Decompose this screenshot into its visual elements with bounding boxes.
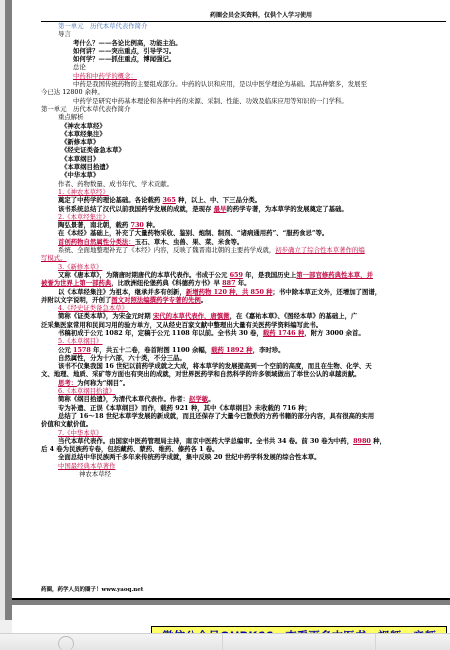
item-title-shiyi: 6.《本草纲目拾遗》 bbox=[58, 387, 115, 395]
xinxiu-line-4: 并附以文字说明，开创了图文对照法编撰药学专著的先例。 bbox=[41, 296, 446, 304]
general-heading: 总论 bbox=[41, 63, 446, 71]
intro-line: 如何讲？——突出重点，引导学习。 bbox=[41, 47, 446, 55]
item-title-jizhu: 2.《本草经集注》 bbox=[58, 213, 109, 221]
book-list-item: 《本草纲目拾遗》 bbox=[41, 163, 446, 171]
xinxiu-line-1: 又称《唐本草》，为隋唐时期唐代的本草代表作。书成于公元 659 年，是我国历史上… bbox=[41, 271, 446, 279]
book-list-item: 《经史证类备急本草》 bbox=[41, 146, 446, 154]
shiyi-line-4: 价值和文献价值。 bbox=[41, 420, 446, 428]
gangmu-line-5: 思考：为何称为“纲目”。 bbox=[41, 379, 446, 387]
toolbar-separator bbox=[222, 634, 223, 650]
xinxiu-line-3: 以《本草经集注》为祖本，继承并多有创新，新增药物 120 种，共 850 种；书… bbox=[41, 288, 446, 296]
toolbar-separator bbox=[375, 634, 376, 650]
jizhu-line-4: 系统、全面地整理补充了《本经》内容，反映了魏晋南北朝的主要药学成就，初步确立了综… bbox=[41, 246, 446, 254]
item-title-gangmu: 5.《本草纲目》 bbox=[58, 337, 102, 345]
zhonghua-line-3: 全面总结中华民族两千多年来传统药学成就，集中反映 20 世纪中药学科发展的综合性… bbox=[41, 453, 446, 461]
jizhu-line-3: 首创药物自然属性分类法：玉石、草木、虫兽、果、菜、米食等。 bbox=[41, 238, 446, 246]
document-page: 药圈会员会买资料，仅供个人学习使用 第一单元 历代本草代表作简介 导言 考什么？… bbox=[12, 0, 450, 598]
jizhu-line-2: 在《本经》基础上，补充了大量药物采收、鉴别、炮制、制剂、“诸病通用药”、“服药食… bbox=[41, 229, 446, 237]
jizhu-line-4-cont: 写模式。 bbox=[41, 254, 67, 262]
concept-heading: 中药和中药学的概念： bbox=[73, 72, 137, 80]
toolbar-button-icon[interactable] bbox=[58, 636, 74, 650]
shennong-line-1: 奠定了中药学的理论基础。各论载药 365 种，以上、中、下三品分类。 bbox=[41, 196, 446, 204]
section-title: 第一单元 历代本草代表作简介 bbox=[41, 105, 446, 113]
item-title-xinxiu: 3.《新修本草》 bbox=[58, 263, 102, 271]
viewer-bottom-toolbar bbox=[0, 633, 450, 650]
classic-item: 神农本草经 bbox=[41, 470, 446, 478]
shiyi-line-1: 简称《纲目拾遗》，为清代本草代表作。作者：赵学敏。 bbox=[41, 395, 446, 403]
book-list-item: 《中华本草》 bbox=[41, 171, 446, 179]
gangmu-line-1: 公元 1578 年，共五十二卷，卷首附图 1100 余幅，载药 1892 种，李… bbox=[41, 346, 446, 354]
book-list-item: 《本草经集注》 bbox=[41, 130, 446, 138]
item-title-zhonghua: 7.《中华本草》 bbox=[58, 429, 102, 437]
page-header: 药圈会员会买资料，仅供个人学习使用 bbox=[12, 10, 450, 19]
book-list-item: 《本草纲目》 bbox=[41, 155, 446, 163]
page-footer-note: 药圈，药学人员的圈子！www.yaoq.net bbox=[41, 585, 143, 593]
zhonghua-line-1: 当代本草代表作。由国家中医药管理局主持，南京中医药大学总编审。全书共 34 卷。… bbox=[41, 437, 446, 445]
gangmu-line-4: 文、地理、地质、采矿等方面也有突出的成就，对世界医药学和自然科学的许多领域做出了… bbox=[41, 370, 446, 378]
concept-paragraph-cont: 今已达 12800 余种。 bbox=[41, 88, 446, 96]
zhenglei-line-2: 泛采集医家常用和民间习用的验方单方，又从经史百家文献中整理出大量有关医药学资料编… bbox=[41, 321, 446, 329]
shennong-line-2: 该书系统总结了汉代以前我国药学发展的成就，是现存 最早的药学专著，为本草学的发展… bbox=[41, 205, 446, 213]
page-frame-border bbox=[5, 0, 12, 620]
unit-title: 第一单元 历代本草代表作简介 bbox=[41, 22, 446, 30]
intro-heading: 导言 bbox=[41, 30, 446, 38]
xinxiu-line-2: 被誉为世界上第一部药典，比欧洲纽伦堡药典《科德药方书》早 887 年。 bbox=[41, 279, 446, 287]
gangmu-line-2: 自然属性，分为十六部，六十类，不分三品。 bbox=[41, 354, 446, 362]
key-points-heading: 重点解析 bbox=[41, 113, 446, 121]
item-title-zhenglei: 4.《经史证类备急本草》 bbox=[58, 304, 128, 312]
concept-paragraph-2: 中药学是研究中药基本理论和各种中药的来源、采制、性能、功效及临床应用等知识的一门… bbox=[41, 97, 446, 105]
aspects-line: 作者、药物数量、成书年代、学术贡献。 bbox=[41, 180, 446, 188]
book-list-item: 《神农本草经》 bbox=[41, 122, 446, 130]
zhenglei-line-1: 简称《证类本草》，为宋金元时期 宋代的本草代表作，唐慎微，在《嘉祐本草》、《图经… bbox=[41, 312, 446, 320]
document-body: 第一单元 历代本草代表作简介 导言 考什么？——各论比例高，功能主治。 如何讲？… bbox=[41, 22, 446, 478]
classic-heading: 中国最经典本草著作 bbox=[58, 462, 116, 470]
shiyi-line-2: 专为补遗、正误《本草纲目》而作，载药 921 种，其中《本草纲目》未收载的 71… bbox=[41, 404, 446, 412]
shiyi-line-3: 总结了 16～18 世纪本草学发展的新成就，而且还保存了大量今已散佚的方药书籍的… bbox=[41, 412, 446, 420]
intro-line: 如何学？——抓住重点，博闻强记。 bbox=[41, 55, 446, 63]
intro-line: 考什么？——各论比例高，功能主治。 bbox=[41, 39, 446, 47]
item-title-shennong: 1.《神农本草经》 bbox=[58, 188, 109, 196]
